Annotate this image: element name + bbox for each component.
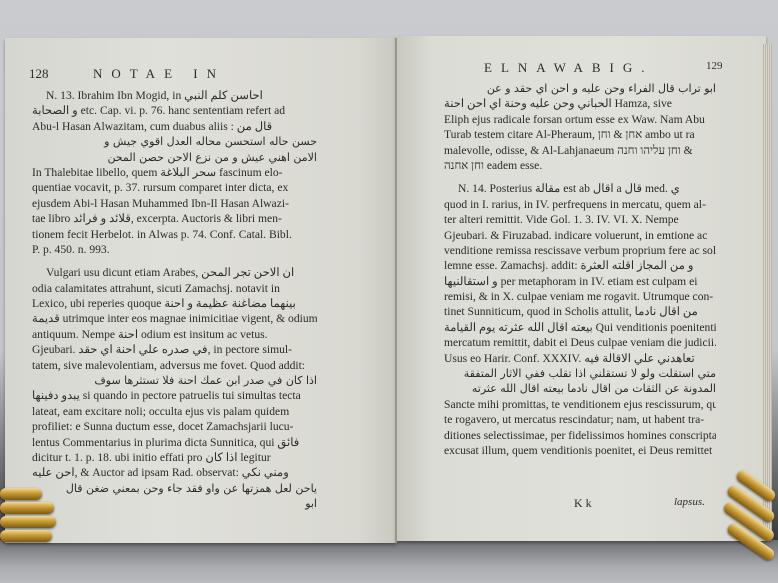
text-line: tinet Sunniticum, quod in Scholis attuli… (444, 304, 716, 319)
clip-finger (0, 488, 42, 500)
text-line: te rogavero, ut mercatus rescindatur; na… (444, 412, 716, 427)
right-page: ELNAWABIG. 129 ابو تراب قال الفراء وحن ع… (396, 36, 766, 541)
catchword-right: lapsus. (674, 496, 705, 508)
text-line: odia calamitates attrahunt, sicuti Zamac… (32, 281, 317, 296)
text-line: quod in I. rarius, in IV. perfrequens in… (444, 197, 716, 212)
paragraph-gap (444, 173, 716, 181)
text-line: Gjeubari. & Firuzabad. indicare voluerun… (444, 228, 716, 243)
text-line: الحباني وحن عليه وحنة اي احن احنة Hamza,… (444, 96, 716, 111)
text-line: Vulgari usu dicunt etiam Arabes, ان الاح… (32, 265, 317, 280)
text-line: قديمة utrimque inter eos magnae inimicit… (32, 311, 317, 326)
text-line: P. p. 450. n. 993. (32, 242, 317, 257)
arabic-line: ياحن لعل همزتها عن واو فقد جاء وحن بمعني… (32, 481, 317, 496)
paragraph-gap (32, 257, 317, 265)
running-head-left: NOTAE IN (93, 66, 225, 82)
text-line: ditiones selectissimae, per fidelissimos… (444, 428, 716, 443)
text-line: venditione remissa rescissave verbum pro… (444, 243, 716, 258)
text-line: Usus eo Harir. Conf. XXXIV. تعاهدني علي … (444, 351, 716, 366)
arabic-line: الامن اهني عيش و من نزع الاحن حصن المحن (32, 150, 317, 165)
text-line: In Thalebitae libello, quem سحر البلاغة … (32, 165, 317, 180)
text-line: ter alteri remittit. Vide Gol. 1. 3. IV.… (444, 212, 716, 227)
page-number-right: 129 (706, 60, 723, 72)
left-page-clip-icon (0, 478, 60, 548)
running-head-right: ELNAWABIG. (484, 60, 653, 76)
text-line: Gjeubari. في صدره علي احنة اي حقد, in pe… (32, 342, 317, 357)
text-line: profiliet: e Sunna ductum esse, docet Za… (32, 419, 317, 434)
text-line: וחן אחנה eadem esse. (444, 158, 716, 173)
clip-finger (0, 530, 52, 542)
text-line: tatem, sive malevolentiam, adversus me f… (32, 358, 317, 373)
text-line: احن عليه, & Auctor ad ipsam Rad. observa… (32, 465, 317, 480)
clip-finger (0, 516, 56, 528)
text-line: mercatum remittit, dabit ei Deus culpae … (444, 335, 716, 350)
text-line: Eliph ejus radicale forsan ortum esse ex… (444, 112, 716, 127)
text-line: N. 14. Posterius مقالة est ab اقال a قال… (444, 181, 716, 196)
text-line: lateat, eam excitare noli; occulta ejus … (32, 404, 317, 419)
page-number-left: 128 (29, 66, 49, 82)
text-line: و الصحابة etc. Cap. vi. p. 76. hanc sent… (32, 103, 317, 118)
text-line: يبدو دفينها si quando in pectore patruel… (32, 388, 317, 403)
left-page: 128 NOTAE IN N. 13. Ibrahim Ibn Mogid, i… (5, 38, 396, 543)
signature-mark: K k (574, 496, 592, 511)
right-page-body: ابو تراب قال الفراء وحن عليه و احن اي حق… (444, 81, 716, 458)
book-gutter (395, 38, 397, 543)
text-line: remisi, & in X. culpae veniam me rogavit… (444, 289, 716, 304)
text-line: Turab testem citare Al-Pheraum, אחן & וח… (444, 127, 716, 142)
text-line: dicitur t. 1. p. 18. ubi initio effati p… (32, 450, 317, 465)
text-line: lentus Commentarius in plurima dicta Sun… (32, 435, 317, 450)
text-line: بيعته اقال الله عثرته يوم القيامة Qui ve… (444, 320, 716, 335)
text-line: quentiae vocavit, p. 37. rursum comparet… (32, 180, 317, 195)
text-line: tionem fecit Herbelot. in Alwas p. 74. C… (32, 227, 317, 242)
text-line: Sancte mihi promittas, te venditionem ej… (444, 397, 716, 412)
page-edges (762, 44, 772, 539)
clip-finger (0, 502, 54, 514)
text-line: malevolle, odisse, & Al-Lahjanaeum וחן ע… (444, 143, 716, 158)
text-line: Abu-l Hasan Alwazitam, cum duabus aliis … (32, 119, 317, 134)
arabic-line: المدونة عن الثقات من اقال نادما بيعته اق… (444, 381, 716, 396)
catchword-left: ابو (32, 496, 317, 511)
arabic-line: متي استقلت ولو لا تستقلني اذا تقلب ففي ا… (444, 366, 716, 381)
text-line: antiquum. Nempe احنة odium est insitum a… (32, 327, 317, 342)
text-line: Lexico, ubi reperies quoque بينهما مضاغن… (32, 296, 317, 311)
left-page-body: N. 13. Ibrahim Ibn Mogid, in احاسن كلم ا… (32, 88, 317, 512)
text-line: excusat illum, quem venditionis poenitet… (444, 443, 716, 458)
text-line: N. 13. Ibrahim Ibn Mogid, in احاسن كلم ا… (32, 88, 317, 103)
text-line: lemne esse. Zamachsj. addit: و من المجاز… (444, 258, 716, 273)
right-page-clip-icon (718, 480, 778, 580)
text-line: و استقالنيها per metaphoram in IV. etiam… (444, 274, 716, 289)
arabic-line: اذا كان في صدر ابن عمك احنة فلا تستثرها … (32, 373, 317, 388)
arabic-line: ابو تراب قال الفراء وحن عليه و احن اي حق… (444, 81, 716, 96)
text-line: ejusdem Abi-l Hasan Muhammed Ibn-Il Hasa… (32, 196, 317, 211)
text-line: tae libro قلائد و فرائد, excerpta. Aucto… (32, 211, 317, 226)
table-surface (0, 540, 778, 583)
arabic-line: حسن حاله استحسن محاله العدل اقوي جيش و (32, 134, 317, 149)
